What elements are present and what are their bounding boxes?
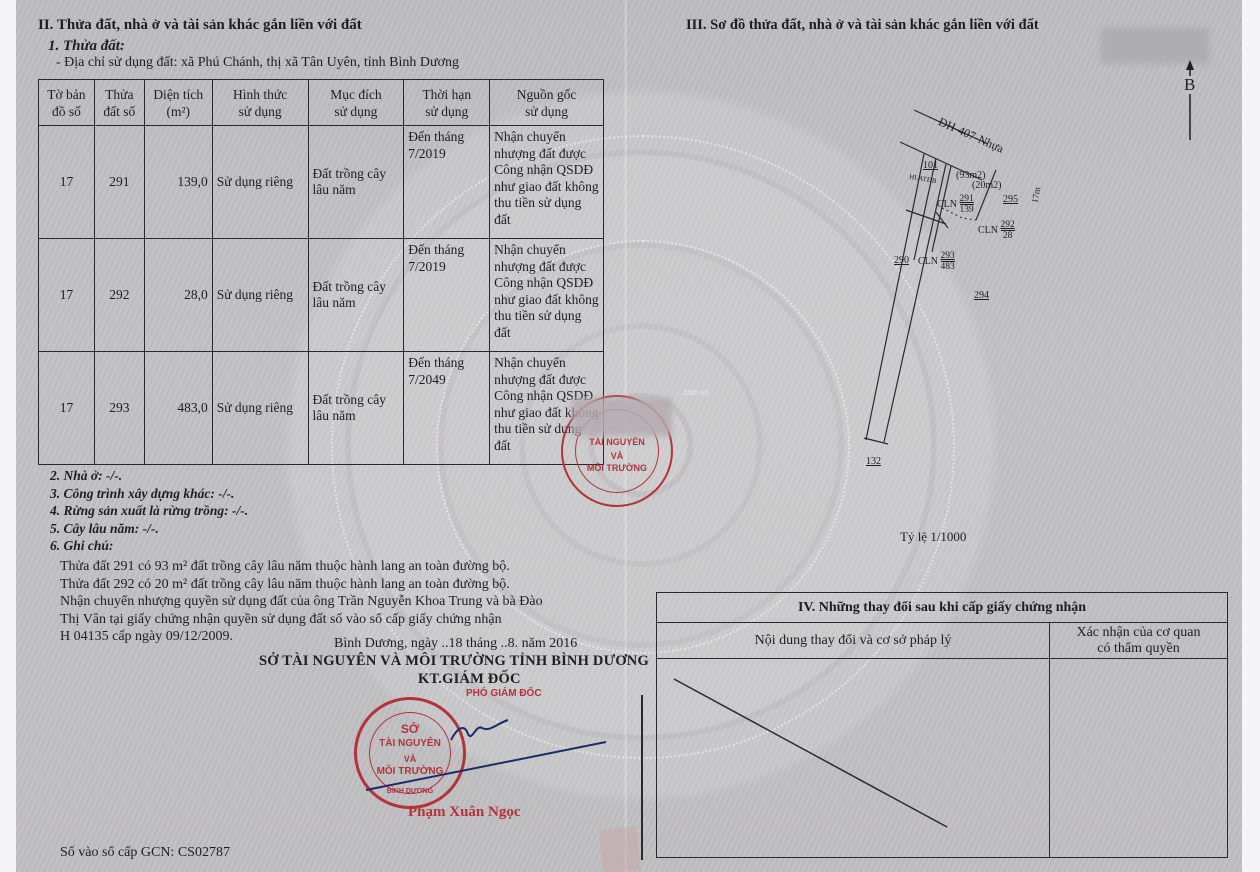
cell-origin: Nhận chuyển nhượng đất được Công nhận QS…: [490, 126, 604, 239]
certificate-page: II. Thửa đất, nhà ở và tài sản khác gắn …: [16, 0, 1242, 872]
fold-crease-line: [641, 695, 643, 860]
parcel-diagram: [836, 100, 1076, 460]
cell-parcel: 291: [94, 126, 144, 239]
area-label-20: (20m2): [972, 180, 1001, 191]
cell-form: Sử dụng riêng: [212, 239, 308, 352]
cell-term: Đến tháng 7/2019: [404, 239, 490, 352]
authority-name: SỞ TÀI NGUYÊN VÀ MÔI TRƯỜNG TỈNH BÌNH DƯ…: [259, 653, 649, 670]
deputy-title: PHÓ GIÁM ĐỐC: [466, 688, 542, 699]
cell-term: Đến tháng 7/2049: [404, 352, 490, 465]
redaction-blur: [572, 398, 672, 436]
item-forest: 4. Rừng sản xuất là rừng trồng: -/-.: [50, 502, 248, 520]
item-other-construction: 3. Công trình xây dựng khác: -/-.: [50, 485, 248, 503]
cell-form: Sử dụng riêng: [212, 126, 308, 239]
signature: [356, 712, 606, 792]
cell-map-sheet: 17: [39, 352, 95, 465]
land-parcel-table: Tờ bảnđồ số Thửađất số Diện tích(m²) Hìn…: [38, 79, 604, 465]
header-map-sheet: Tờ bảnđồ số: [39, 80, 95, 126]
neighbor-132: 132: [866, 456, 881, 467]
watermark-text: .com.vn: [681, 388, 709, 397]
tape-piece: [599, 826, 641, 872]
item-perennial: 5. Cây lâu năm: -/-.: [50, 520, 248, 538]
cell-origin: Nhận chuyển nhượng đất được Công nhận QS…: [490, 239, 604, 352]
registry-number: Số vào sổ cấp GCN: CS02787: [60, 845, 230, 861]
cell-area: 483,0: [144, 352, 212, 465]
header-authority-confirmation: Xác nhận của cơ quancó thẩm quyền: [1050, 623, 1228, 659]
cell-parcel: 293: [94, 352, 144, 465]
land-heading: 1. Thửa đất:: [48, 38, 125, 55]
note-line: Thị Vân tại giấy chứng nhận quyền sử dụn…: [60, 611, 543, 629]
note-line: Thửa đất 292 có 20 m² đất trồng cây lâu …: [60, 576, 543, 594]
item-notes-heading: 6. Ghi chú:: [50, 537, 248, 555]
north-arrow-icon: [1180, 60, 1200, 142]
cell-form: Sử dụng riêng: [212, 352, 308, 465]
note-line: Thửa đất 291 có 93 m² đất trồng cây lâu …: [60, 558, 543, 576]
section2-title: II. Thửa đất, nhà ở và tài sản khác gắn …: [38, 17, 362, 34]
header-area: Diện tích(m²): [144, 80, 212, 126]
changes-table: IV. Những thay đổi sau khi cấp giấy chứn…: [656, 592, 1228, 858]
header-parcel: Thửađất số: [94, 80, 144, 126]
property-items: 2. Nhà ở: -/-. 3. Công trình xây dựng kh…: [50, 467, 248, 555]
header-form: Hình thứcsử dụng: [212, 80, 308, 126]
header-change-content: Nội dung thay đổi và cơ sở pháp lý: [657, 623, 1050, 659]
header-purpose: Mục đíchsử dụng: [308, 80, 404, 126]
parcel-291-label: CLN 291139: [937, 194, 974, 215]
parcel-293-label: CLN 293483: [918, 251, 955, 272]
cell-area: 139,0: [144, 126, 212, 239]
table-row: 17 292 28,0 Sử dụng riêng Đất trồng cây …: [39, 239, 604, 352]
authority-confirmation-cell: [1050, 659, 1228, 858]
strike-line: [657, 659, 1047, 859]
cell-purpose: Đất trồng cây lâu năm: [308, 126, 404, 239]
header-term: Thời hạnsử dụng: [404, 80, 490, 126]
header-origin: Nguồn gốcsử dụng: [490, 80, 604, 126]
section4-title: IV. Những thay đổi sau khi cấp giấy chứn…: [657, 593, 1228, 623]
cell-purpose: Đất trồng cây lâu năm: [308, 239, 404, 352]
date-line: Bình Dương, ngày ..18 tháng ..8. năm 201…: [334, 636, 577, 652]
change-content-cell: [657, 659, 1050, 858]
item-house: 2. Nhà ở: -/-.: [50, 467, 248, 485]
section3-title: III. Sơ đồ thửa đất, nhà ở và tài sản kh…: [686, 17, 1039, 34]
cell-map-sheet: 17: [39, 239, 95, 352]
redaction-blur: [1101, 28, 1209, 64]
notes: Thửa đất 291 có 93 m² đất trồng cây lâu …: [60, 558, 543, 646]
table-row: 17 293 483,0 Sử dụng riêng Đất trồng cây…: [39, 352, 604, 465]
neighbor-290: 290: [894, 255, 909, 266]
note-line: Nhận chuyển nhượng quyền sử dụng đất của…: [60, 593, 543, 611]
parcel-292-label: CLN 29228: [978, 220, 1015, 241]
scale-label: Tỷ lệ 1/1000: [900, 529, 966, 545]
cell-purpose: Đất trồng cây lâu năm: [308, 352, 404, 465]
cell-parcel: 292: [94, 239, 144, 352]
north-label: B: [1184, 76, 1195, 94]
signer-name: Phạm Xuân Ngọc: [408, 804, 521, 821]
director-title: KT.GIÁM ĐỐC: [418, 671, 521, 688]
table-row: 17 291 139,0 Sử dụng riêng Đất trồng cây…: [39, 126, 604, 239]
neighbor-294: 294: [974, 290, 989, 301]
table-header-row: Tờ bảnđồ số Thửađất số Diện tích(m²) Hìn…: [39, 80, 604, 126]
cell-term: Đến tháng 7/2019: [404, 126, 490, 239]
neighbor-295: 295: [1003, 194, 1018, 205]
cell-map-sheet: 17: [39, 126, 95, 239]
cell-area: 28,0: [144, 239, 212, 352]
address-line: - Địa chỉ sử dụng đất: xã Phú Chánh, thị…: [56, 55, 459, 71]
neighbor-101: 101: [923, 160, 938, 171]
